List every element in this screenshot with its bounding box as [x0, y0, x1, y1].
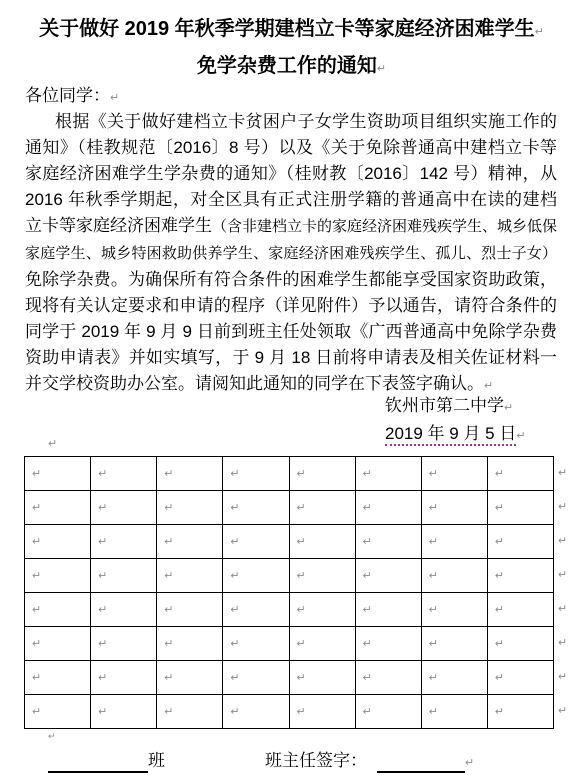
table-cell[interactable]: ↵ [421, 627, 487, 661]
cell-paragraph-mark-icon: ↵ [429, 706, 438, 718]
table-cell[interactable]: ↵ [421, 525, 487, 559]
table-cell[interactable]: ↵ [91, 695, 157, 729]
cell-paragraph-mark-icon: ↵ [363, 638, 372, 650]
cell-paragraph-mark-icon: ↵ [230, 604, 239, 616]
cell-paragraph-mark-icon: ↵ [297, 604, 306, 616]
cell-paragraph-mark-icon: ↵ [32, 536, 41, 548]
cell-paragraph-mark-icon: ↵ [363, 604, 372, 616]
cell-paragraph-mark-icon: ↵ [363, 502, 372, 514]
table-row: ↵↵↵↵↵↵↵↵ [25, 457, 554, 491]
table-cell[interactable]: ↵ [289, 593, 355, 627]
table-cell[interactable]: ↵ [421, 559, 487, 593]
cell-paragraph-mark-icon: ↵ [495, 604, 504, 616]
signature-table: ↵↵↵↵↵↵↵↵↵↵↵↵↵↵↵↵↵↵↵↵↵↵↵↵↵↵↵↵↵↵↵↵↵↵↵↵↵↵↵↵… [24, 456, 554, 729]
cell-paragraph-mark-icon: ↵ [98, 638, 107, 650]
table-cell[interactable]: ↵ [91, 457, 157, 491]
row-end-paragraph-mark-icon: ↵ [558, 660, 578, 694]
cell-paragraph-mark-icon: ↵ [32, 468, 41, 480]
cell-paragraph-mark-icon: ↵ [164, 672, 173, 684]
table-cell[interactable]: ↵ [355, 559, 421, 593]
table-cell[interactable]: ↵ [157, 661, 223, 695]
cell-paragraph-mark-icon: ↵ [230, 638, 239, 650]
table-cell[interactable]: ↵ [487, 491, 553, 525]
paragraph-mark-icon: ↵ [516, 430, 525, 442]
cell-paragraph-mark-icon: ↵ [32, 672, 41, 684]
table-cell[interactable]: ↵ [355, 661, 421, 695]
signature-table-body: ↵↵↵↵↵↵↵↵↵↵↵↵↵↵↵↵↵↵↵↵↵↵↵↵↵↵↵↵↵↵↵↵↵↵↵↵↵↵↵↵… [25, 457, 554, 729]
cell-paragraph-mark-icon: ↵ [297, 468, 306, 480]
teacher-sign-label: 班主任签字： [265, 751, 367, 770]
salutation: 各位同学：↵ [25, 83, 557, 111]
cell-paragraph-mark-icon: ↵ [429, 638, 438, 650]
notice-title-line1: 关于做好 2019 年秋季学期建档立卡等家庭经济困难学生↵ [0, 12, 583, 49]
signature-school: 钦州市第二中学 [385, 396, 504, 415]
signature-date: 2019 年 9 月 5 日 [385, 424, 516, 446]
table-cell[interactable]: ↵ [223, 695, 289, 729]
table-cell[interactable]: ↵ [355, 491, 421, 525]
table-cell[interactable]: ↵ [487, 627, 553, 661]
cell-paragraph-mark-icon: ↵ [230, 536, 239, 548]
table-cell[interactable]: ↵ [289, 661, 355, 695]
cell-paragraph-mark-icon: ↵ [230, 468, 239, 480]
cell-paragraph-mark-icon: ↵ [297, 570, 306, 582]
table-row: ↵↵↵↵↵↵↵↵ [25, 661, 554, 695]
table-cell[interactable]: ↵ [289, 559, 355, 593]
table-cell[interactable]: ↵ [157, 491, 223, 525]
table-row: ↵↵↵↵↵↵↵↵ [25, 695, 554, 729]
cell-paragraph-mark-icon: ↵ [363, 468, 372, 480]
table-cell[interactable]: ↵ [25, 661, 91, 695]
table-cell[interactable]: ↵ [157, 559, 223, 593]
table-cell[interactable]: ↵ [25, 491, 91, 525]
cell-paragraph-mark-icon: ↵ [164, 468, 173, 480]
table-cell[interactable]: ↵ [289, 457, 355, 491]
cell-paragraph-mark-icon: ↵ [495, 638, 504, 650]
table-cell[interactable]: ↵ [487, 661, 553, 695]
table-row: ↵↵↵↵↵↵↵↵ [25, 593, 554, 627]
table-cell[interactable]: ↵ [421, 695, 487, 729]
table-cell[interactable]: ↵ [223, 525, 289, 559]
cell-paragraph-mark-icon: ↵ [164, 502, 173, 514]
cell-paragraph-mark-icon: ↵ [495, 502, 504, 514]
table-cell[interactable]: ↵ [355, 593, 421, 627]
notice-title: 关于做好 2019 年秋季学期建档立卡等家庭经济困难学生↵ 免学杂费工作的通知↵ [0, 12, 583, 86]
table-cell[interactable]: ↵ [355, 457, 421, 491]
table-cell[interactable]: ↵ [355, 525, 421, 559]
table-cell[interactable]: ↵ [91, 525, 157, 559]
cell-paragraph-mark-icon: ↵ [32, 502, 41, 514]
table-cell[interactable]: ↵ [157, 525, 223, 559]
table-cell[interactable]: ↵ [355, 695, 421, 729]
cell-paragraph-mark-icon: ↵ [32, 706, 41, 718]
cell-paragraph-mark-icon: ↵ [363, 536, 372, 548]
cell-paragraph-mark-icon: ↵ [98, 604, 107, 616]
cell-paragraph-mark-icon: ↵ [495, 468, 504, 480]
table-cell[interactable]: ↵ [157, 695, 223, 729]
paragraph-mark-icon: ↵ [504, 402, 513, 414]
table-cell[interactable]: ↵ [91, 559, 157, 593]
cell-paragraph-mark-icon: ↵ [32, 604, 41, 616]
table-cell[interactable]: ↵ [25, 627, 91, 661]
table-cell[interactable]: ↵ [421, 593, 487, 627]
cell-paragraph-mark-icon: ↵ [98, 570, 107, 582]
cell-paragraph-mark-icon: ↵ [429, 468, 438, 480]
class-suffix-label: 班 [148, 751, 165, 770]
paragraph-mark-icon: ↵ [484, 380, 493, 392]
table-cell[interactable]: ↵ [223, 593, 289, 627]
row-end-paragraph-mark-icon: ↵ [558, 456, 578, 490]
cell-paragraph-mark-icon: ↵ [363, 672, 372, 684]
cell-paragraph-mark-icon: ↵ [98, 468, 107, 480]
cell-paragraph-mark-icon: ↵ [429, 672, 438, 684]
cell-paragraph-mark-icon: ↵ [230, 502, 239, 514]
table-row: ↵↵↵↵↵↵↵↵ [25, 525, 554, 559]
row-end-paragraph-mark-icon: ↵ [558, 626, 578, 660]
class-number-blank-field[interactable] [48, 755, 148, 773]
table-cell[interactable]: ↵ [223, 559, 289, 593]
cell-paragraph-mark-icon: ↵ [495, 536, 504, 548]
cell-paragraph-mark-icon: ↵ [98, 706, 107, 718]
cell-paragraph-mark-icon: ↵ [297, 536, 306, 548]
table-row: ↵↵↵↵↵↵↵↵ [25, 627, 554, 661]
cell-paragraph-mark-icon: ↵ [429, 502, 438, 514]
cell-paragraph-mark-icon: ↵ [230, 706, 239, 718]
row-end-paragraph-mark-icon: ↵ [558, 490, 578, 524]
row-end-paragraph-mark-icon: ↵ [558, 524, 578, 558]
cell-paragraph-mark-icon: ↵ [495, 706, 504, 718]
cell-paragraph-mark-icon: ↵ [495, 570, 504, 582]
cell-paragraph-mark-icon: ↵ [429, 570, 438, 582]
cell-paragraph-mark-icon: ↵ [98, 502, 107, 514]
cell-paragraph-mark-icon: ↵ [297, 706, 306, 718]
table-cell[interactable]: ↵ [289, 695, 355, 729]
cell-paragraph-mark-icon: ↵ [164, 536, 173, 548]
row-end-paragraph-mark-icon: ↵ [558, 592, 578, 626]
cell-paragraph-mark-icon: ↵ [363, 570, 372, 582]
table-cell[interactable]: ↵ [25, 525, 91, 559]
table-cell[interactable]: ↵ [157, 627, 223, 661]
empty-paragraph-mark-icon: ↵ [48, 731, 56, 742]
table-row: ↵↵↵↵↵↵↵↵ [25, 559, 554, 593]
cell-paragraph-mark-icon: ↵ [429, 604, 438, 616]
cell-paragraph-mark-icon: ↵ [164, 706, 173, 718]
table-cell[interactable]: ↵ [91, 661, 157, 695]
table-cell[interactable]: ↵ [289, 525, 355, 559]
paragraph-mark-icon: ↵ [377, 63, 386, 75]
table-cell[interactable]: ↵ [157, 457, 223, 491]
table-cell[interactable]: ↵ [421, 491, 487, 525]
signature-table-wrap: ↵↵↵↵↵↵↵↵↵↵↵↵↵↵↵↵↵↵↵↵↵↵↵↵↵↵↵↵↵↵↵↵↵↵↵↵↵↵↵↵… [24, 456, 554, 729]
table-cell[interactable]: ↵ [25, 593, 91, 627]
table-cell[interactable]: ↵ [25, 457, 91, 491]
table-cell[interactable]: ↵ [487, 457, 553, 491]
table-row: ↵↵↵↵↵↵↵↵ [25, 491, 554, 525]
table-cell[interactable]: ↵ [91, 593, 157, 627]
table-cell[interactable]: ↵ [289, 491, 355, 525]
footer-signing-line: 班班主任签字：↵ [25, 751, 557, 773]
table-cell[interactable]: ↵ [289, 627, 355, 661]
table-cell[interactable]: ↵ [223, 457, 289, 491]
table-cell[interactable]: ↵ [421, 661, 487, 695]
notice-title-line2: 免学杂费工作的通知↵ [0, 49, 583, 86]
table-cell[interactable]: ↵ [223, 491, 289, 525]
paragraph-mark-icon: ↵ [110, 92, 119, 104]
signature-school-line: 钦州市第二中学↵ [385, 393, 526, 421]
table-cell[interactable]: ↵ [487, 695, 553, 729]
table-cell[interactable]: ↵ [25, 695, 91, 729]
cell-paragraph-mark-icon: ↵ [164, 604, 173, 616]
signature-date-line: 2019 年 9 月 5 日↵ [385, 421, 526, 449]
body-text-part3: 免除学杂费。为确保所有符合条件的困难学生都能享受国家资助政策，现将有关认定要求和… [25, 270, 557, 393]
cell-paragraph-mark-icon: ↵ [32, 570, 41, 582]
empty-paragraph-mark-icon: ↵ [48, 437, 57, 450]
document-page: 关于做好 2019 年秋季学期建档立卡等家庭经济困难学生↵ 免学杂费工作的通知↵… [0, 0, 583, 782]
row-end-paragraph-mark-icon: ↵ [558, 694, 578, 728]
cell-paragraph-mark-icon: ↵ [98, 672, 107, 684]
row-end-marks: ↵↵↵↵↵↵↵↵ [558, 456, 578, 728]
notice-title-line2-text: 免学杂费工作的通知 [197, 55, 377, 77]
cell-paragraph-mark-icon: ↵ [32, 638, 41, 650]
table-cell[interactable]: ↵ [421, 457, 487, 491]
cell-paragraph-mark-icon: ↵ [495, 672, 504, 684]
table-cell[interactable]: ↵ [91, 627, 157, 661]
table-cell[interactable]: ↵ [355, 627, 421, 661]
body-text-part1: 根据《关于做好建档立卡贫困户子女学生资助项目组织实施工作的通知》（桂教规范〔20… [25, 112, 557, 235]
table-cell[interactable]: ↵ [91, 491, 157, 525]
salutation-text: 各位同学： [25, 86, 110, 105]
table-cell[interactable]: ↵ [223, 661, 289, 695]
cell-paragraph-mark-icon: ↵ [429, 536, 438, 548]
notice-body-paragraph: 根据《关于做好建档立卡贫困户子女学生资助项目组织实施工作的通知》（桂教规范〔20… [25, 109, 557, 399]
paragraph-mark-icon: ↵ [535, 26, 544, 38]
cell-paragraph-mark-icon: ↵ [297, 672, 306, 684]
cell-paragraph-mark-icon: ↵ [363, 706, 372, 718]
table-cell[interactable]: ↵ [223, 627, 289, 661]
table-cell[interactable]: ↵ [487, 559, 553, 593]
cell-paragraph-mark-icon: ↵ [230, 570, 239, 582]
notice-title-line1-text: 关于做好 2019 年秋季学期建档立卡等家庭经济困难学生 [39, 18, 535, 40]
table-cell[interactable]: ↵ [157, 593, 223, 627]
cell-paragraph-mark-icon: ↵ [297, 502, 306, 514]
cell-paragraph-mark-icon: ↵ [230, 672, 239, 684]
cell-paragraph-mark-icon: ↵ [297, 638, 306, 650]
cell-paragraph-mark-icon: ↵ [98, 536, 107, 548]
cell-paragraph-mark-icon: ↵ [164, 638, 173, 650]
signature-block: 钦州市第二中学↵ 2019 年 9 月 5 日↵ [385, 393, 526, 449]
table-cell[interactable]: ↵ [487, 593, 553, 627]
table-cell[interactable]: ↵ [25, 559, 91, 593]
paragraph-mark-icon: ↵ [465, 757, 474, 769]
row-end-paragraph-mark-icon: ↵ [558, 558, 578, 592]
cell-paragraph-mark-icon: ↵ [164, 570, 173, 582]
table-cell[interactable]: ↵ [487, 525, 553, 559]
teacher-signature-blank-field[interactable] [377, 755, 465, 773]
